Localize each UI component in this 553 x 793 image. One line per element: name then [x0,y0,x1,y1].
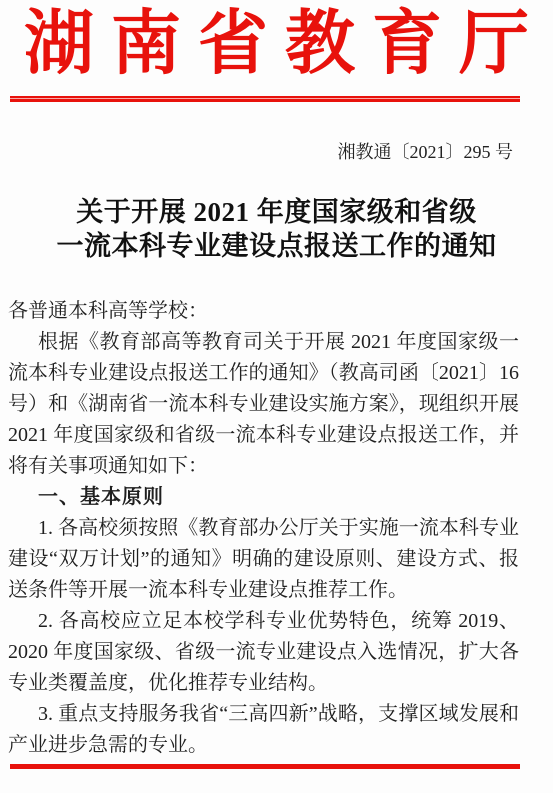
document-title: 关于开展 2021 年度国家级和省级 一流本科专业建设点报送工作的通知 [0,195,553,263]
principle-item-3: 3. 重点支持服务我省“三高四新”战略，支撑区域发展和产业进步急需的专业。 [8,699,519,761]
letterhead-double-rule [10,96,520,102]
document-body: 各普通本科高等学校： 根据《教育部高等教育司关于开展 2021 年度国家级一流本… [0,296,553,761]
letterhead-org-name: 湖南省教育厅 [0,6,553,84]
section-heading-basic-principles: 一、基本原则 [8,482,519,513]
salutation: 各普通本科高等学校： [8,296,519,327]
document-number: 湘教通〔2021〕295 号 [0,140,553,164]
document-title-line-2: 一流本科专业建设点报送工作的通知 [0,229,553,263]
bottom-red-rule [10,764,520,769]
intro-paragraph: 根据《教育部高等教育司关于开展 2021 年度国家级一流本科专业建设点报送工作的… [8,327,519,482]
principle-item-1: 1. 各高校须按照《教育部办公厅关于实施一流本科专业建设“双万计划”的通知》明确… [8,513,519,606]
document-page: 湖南省教育厅 湘教通〔2021〕295 号 关于开展 2021 年度国家级和省级… [0,0,553,793]
principle-item-2: 2. 各高校应立足本校学科专业优势特色，统筹 2019、2020 年度国家级、省… [8,606,519,699]
document-title-line-1: 关于开展 2021 年度国家级和省级 [0,195,553,229]
